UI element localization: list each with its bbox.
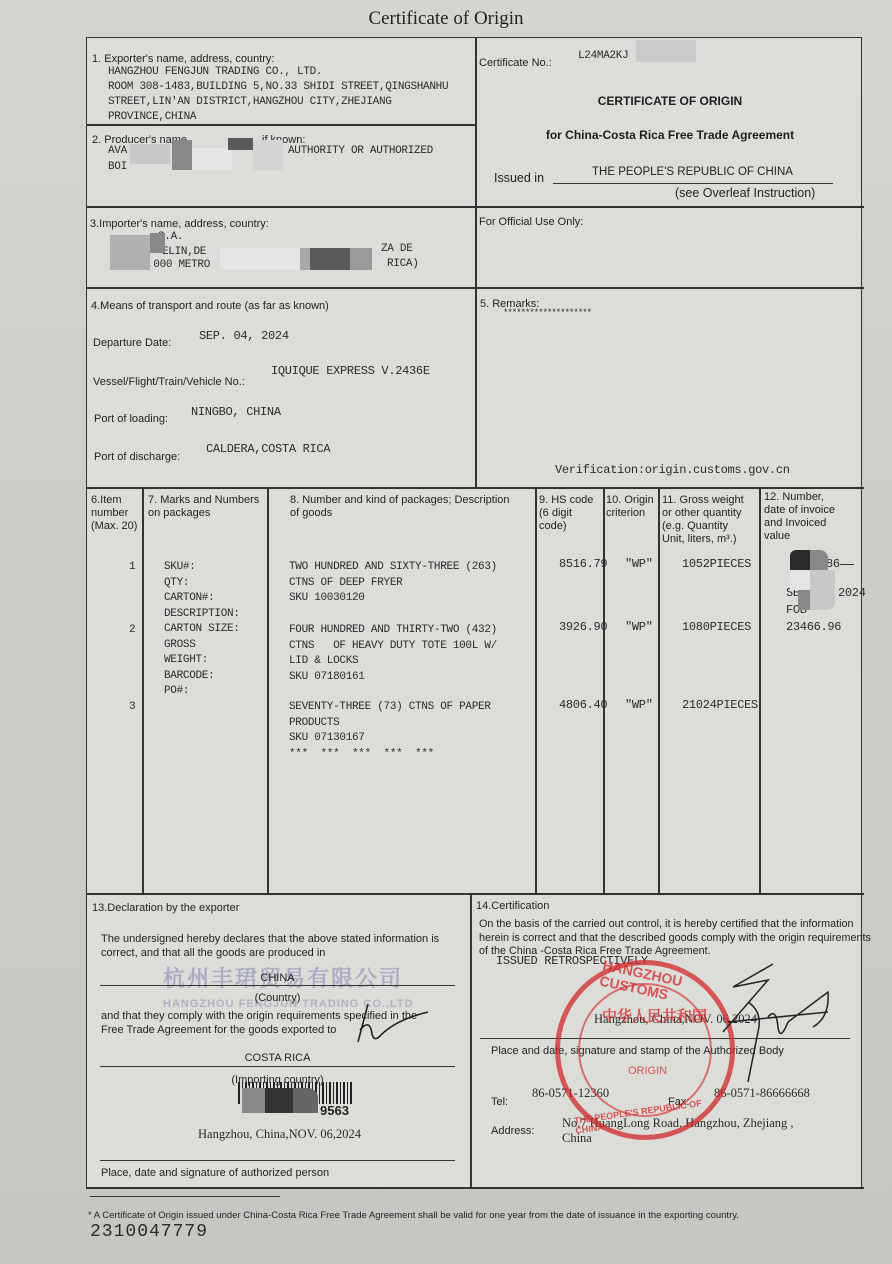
page-title: Certificate of Origin [0,8,892,30]
redaction [192,148,232,170]
redaction [265,1088,295,1113]
redaction [293,1088,318,1113]
producer-line2-start: BOI [108,160,127,176]
declaration-text-1: The undersigned hereby declares that the… [101,932,439,960]
redaction [242,1088,267,1113]
certification-label: 14.Certification [476,900,549,913]
exporter-signature [350,1000,430,1045]
hs-code: 4806.40 [559,698,607,714]
divider [759,487,761,893]
redaction [228,138,253,150]
exporter-line: ROOM 308-1483,BUILDING 5,NO.33 SHIDI STR… [108,80,448,96]
header-origin-criterion: 10. Origincriterion [606,494,654,520]
exporter-line: HANGZHOU FENGJUN TRADING CO., LTD. [108,64,322,80]
official-signature [718,962,838,1102]
divider [86,287,864,289]
vessel-value: IQUIQUE EXPRESS V.2436E [271,364,430,380]
importer-line3-end: RICA) [387,257,419,273]
redaction [350,248,372,270]
redaction [150,233,165,253]
departure-date-label: Departure Date: [93,337,171,350]
importer-line2-end: ZA DE [381,242,413,258]
divider [267,487,269,893]
redaction [810,570,835,610]
goods-description: FOUR HUNDRED AND THIRTY-TWO (432) CTNS O… [289,623,497,685]
departure-date-value: SEP. 04, 2024 [199,329,289,345]
marks-and-numbers: SKU#: QTY: CARTON#: DESCRIPTION: CARTON … [164,560,240,700]
item-number: 1 [129,560,135,576]
redaction [253,140,283,170]
header-hs-code: 9. HS code(6 digitcode) [539,494,593,533]
port-of-discharge-label: Port of discharge: [94,451,180,464]
issued-in-underline [553,183,833,184]
verification-url: Verification:origin.customs.gov.cn [555,463,790,479]
underline [100,1066,455,1067]
header-description: 8. Number and kind of packages; Descript… [290,494,510,520]
footnote-rule [90,1196,280,1197]
exporter-line: STREET,LIN'AN DISTRICT,HANGZHOU CITY,ZHE… [108,95,392,111]
certification-text: On the basis of the carried out control,… [479,918,871,959]
certificate-number-label: Certificate No.: [479,57,552,70]
issued-in-value: THE PEOPLE'S REPUBLIC OF CHINA [592,166,793,179]
validity-footnote: * A Certificate of Origin issued under C… [88,1209,739,1222]
divider [603,487,605,893]
divider [86,1187,864,1189]
quantity: 1052PIECES [682,557,751,573]
invoice-value: 23466.96 [786,620,841,636]
divider [470,893,472,1189]
divider [142,487,144,893]
vessel-label: Vessel/Flight/Train/Vehicle No.: [93,376,245,389]
produced-country: CHINA [100,972,455,985]
customs-stamp: HANGZHOU CUSTOMS 中华人民共和国 ORIGIN THE PEOP… [555,960,735,1140]
port-of-loading-value: NINGBO, CHINA [191,405,281,421]
port-of-discharge-value: CALDERA,COSTA RICA [206,442,330,458]
address-label: Address: [491,1125,534,1138]
goods-description: TWO HUNDRED AND SIXTY-THREE (263) CTNS O… [289,560,497,607]
dash [840,564,854,565]
serial-number: 2310047779 [90,1225,208,1241]
origin-criterion: "WP" [625,620,653,636]
redaction [110,235,150,270]
overleaf-instruction: (see Overleaf Instruction) [675,187,815,200]
quantity: 21024PIECES [682,698,758,714]
quantity: 1080PIECES [682,620,751,636]
header-gross-weight: 11. Gross weightor other quantity(e.g. Q… [662,494,744,546]
declaration-label: 13.Declaration by the exporter [92,902,239,915]
barcode-number: 9563 [320,1104,349,1117]
hs-code: 8516.79 [559,557,607,573]
exporter-place-date: Hangzhou, China,NOV. 06,2024 [198,1127,361,1142]
transport-label: 4.Means of transport and route (as far a… [91,300,329,313]
redaction [790,550,810,570]
redaction [636,40,696,62]
hs-code: 3926.90 [559,620,607,636]
certificate-subtitle: for China-Costa Rica Free Trade Agreemen… [480,128,860,142]
divider [658,487,660,893]
header-invoice: 12. Number,date of invoiceand Invoicedva… [764,491,835,543]
official-use-label: For Official Use Only: [479,216,583,229]
item-number: 2 [129,623,135,639]
header-item: 6.Itemnumber(Max. 20) [91,494,137,533]
importer-line3-start: ,000 METRO [147,258,210,274]
goods-description: SEVENTY-THREE (73) CTNS OF PAPER PRODUCT… [289,700,491,762]
redaction [790,570,810,590]
certificate-number-value: L24MA2KJ [578,49,628,65]
divider [86,893,864,895]
importing-country: COSTA RICA [100,1052,455,1065]
redaction [810,550,828,570]
divider [535,487,537,893]
redaction [310,248,350,270]
exporter-signature-caption: Place, date and signature of authorized … [101,1167,329,1180]
producer-line1-start: AVA [108,144,127,160]
origin-criterion: "WP" [625,557,653,573]
header-marks: 7. Marks and Numberson packages [148,494,259,520]
port-of-loading-label: Port of loading: [94,413,168,426]
redaction [798,590,810,610]
redaction [220,248,300,270]
redaction [172,140,192,170]
certificate-title: CERTIFICATE OF ORIGIN [480,94,860,108]
item-number: 3 [129,700,135,716]
exporter-line: PROVINCE,CHINA [108,110,196,126]
divider [86,487,864,489]
underline [100,1160,455,1161]
redaction [130,144,170,164]
underline [100,985,455,986]
invoice-date-end: 2024 [838,586,866,602]
tel-label: Tel: [491,1096,508,1109]
remarks-stars: ******************** [503,306,591,322]
producer-line1-end: AUTHORITY OR AUTHORIZED [288,144,433,160]
issued-in-label: Issued in [494,172,544,185]
origin-criterion: "WP" [625,698,653,714]
divider [475,37,477,487]
divider [86,206,864,208]
